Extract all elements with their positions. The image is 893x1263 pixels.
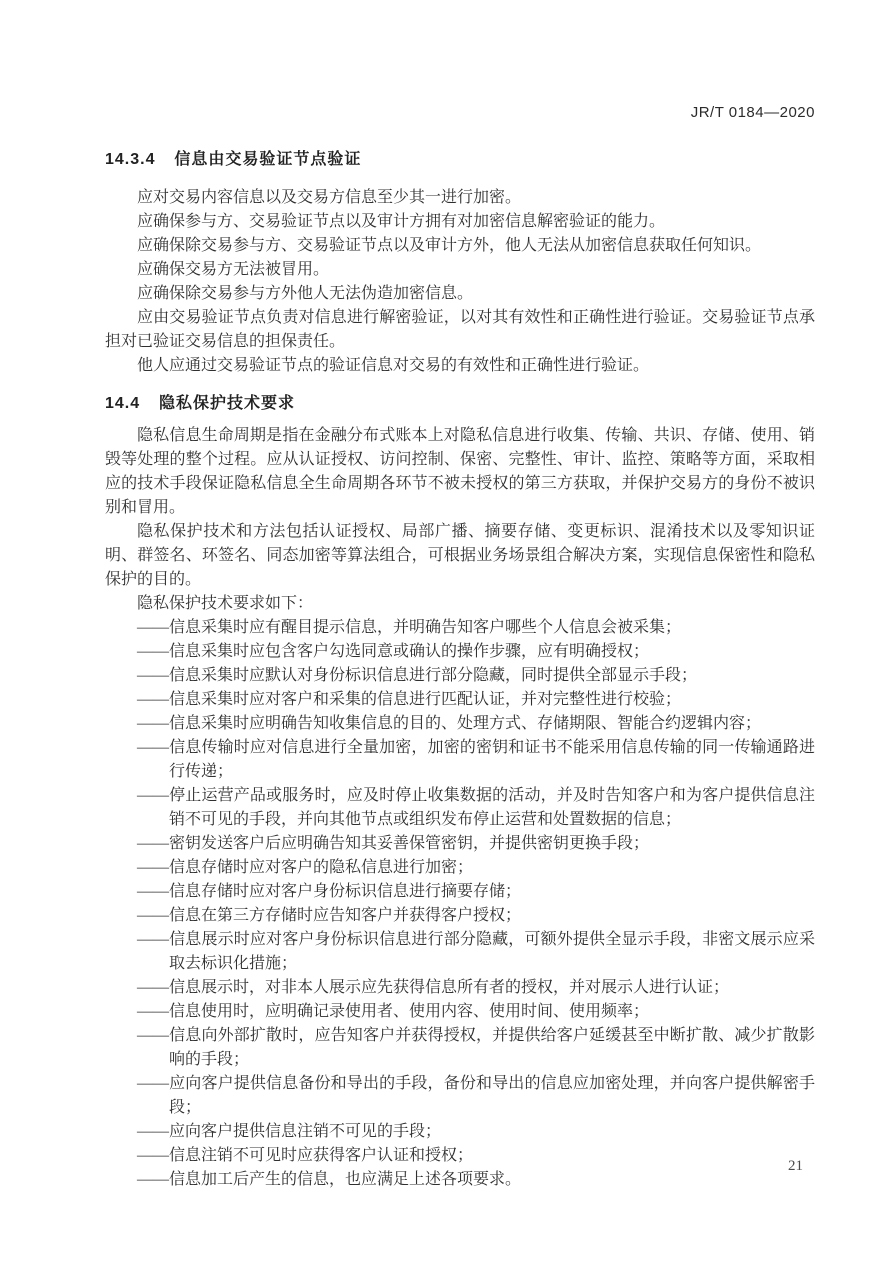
section-14-4-body: 隐私信息生命周期是指在金融分布式账本上对隐私信息进行收集、传输、共识、存储、使用… bbox=[105, 424, 815, 1192]
paragraph: 他人应通过交易验证节点的验证信息对交易的有效性和正确性进行验证。 bbox=[105, 354, 815, 378]
section-title: 信息由交易验证节点验证 bbox=[174, 151, 361, 168]
list-item: ——信息展示时应对客户身份标识信息进行部分隐藏，可额外提供全显示手段，非密文展示… bbox=[105, 928, 815, 976]
section-number: 14.4 bbox=[105, 395, 140, 412]
list-item: ——信息采集时应默认对身份标识信息进行部分隐藏，同时提供全部显示手段； bbox=[105, 664, 815, 688]
list-item: ——信息存储时应对客户的隐私信息进行加密； bbox=[105, 856, 815, 880]
list-item: ——信息传输时应对信息进行全量加密，加密的密钥和证书不能采用信息传输的同一传输通… bbox=[105, 736, 815, 784]
page-number: 21 bbox=[788, 1156, 803, 1176]
paragraph: 应确保除交易参与方、交易验证节点以及审计方外，他人无法从加密信息获取任何知识。 bbox=[105, 234, 815, 258]
doc-code-header: JR/T 0184—2020 bbox=[105, 104, 815, 122]
list-item: ——信息向外部扩散时，应告知客户并获得授权，并提供给客户延缓甚至中断扩散、减少扩… bbox=[105, 1024, 815, 1072]
section-14-3-4-body: 应对交易内容信息以及交易方信息至少其一进行加密。 应确保参与方、交易验证节点以及… bbox=[105, 186, 815, 378]
list-item: ——信息采集时应对客户和采集的信息进行匹配认证，并对完整性进行校验； bbox=[105, 688, 815, 712]
list-item: ——信息注销不可见时应获得客户认证和授权； bbox=[105, 1144, 815, 1168]
list-item: ——信息存储时应对客户身份标识信息进行摘要存储； bbox=[105, 880, 815, 904]
list-item: ——信息采集时应有醒目提示信息，并明确告知客户哪些个人信息会被采集； bbox=[105, 616, 815, 640]
paragraph: 应确保除交易参与方外他人无法伪造加密信息。 bbox=[105, 282, 815, 306]
list-intro: 隐私保护技术要求如下： bbox=[105, 592, 815, 616]
document-page: JR/T 0184—2020 14.3.4 信息由交易验证节点验证 应对交易内容… bbox=[0, 0, 893, 1263]
list-item: ——信息采集时应包含客户勾选同意或确认的操作步骤，应有明确授权； bbox=[105, 640, 815, 664]
list-item: ——信息使用时，应明确记录使用者、使用内容、使用时间、使用频率； bbox=[105, 1000, 815, 1024]
list-item: ——密钥发送客户后应明确告知其妥善保管密钥，并提供密钥更换手段； bbox=[105, 832, 815, 856]
list-item: ——应向客户提供信息备份和导出的手段，备份和导出的信息应加密处理，并向客户提供解… bbox=[105, 1072, 815, 1120]
section-heading-14-4: 14.4 隐私保护技术要求 bbox=[105, 394, 815, 414]
section-title: 隐私保护技术要求 bbox=[159, 395, 295, 412]
paragraph: 应确保交易方无法被冒用。 bbox=[105, 258, 815, 282]
list-item: ——信息在第三方存储时应告知客户并获得客户授权； bbox=[105, 904, 815, 928]
list-item: ——信息展示时，对非本人展示应先获得信息所有者的授权，并对展示人进行认证； bbox=[105, 976, 815, 1000]
list-item: ——信息采集时应明确告知收集信息的目的、处理方式、存储期限、智能合约逻辑内容； bbox=[105, 712, 815, 736]
list-item: ——应向客户提供信息注销不可见的手段； bbox=[105, 1120, 815, 1144]
paragraph: 应由交易验证节点负责对信息进行解密验证，以对其有效性和正确性进行验证。交易验证节… bbox=[105, 306, 815, 354]
paragraph: 隐私信息生命周期是指在金融分布式账本上对隐私信息进行收集、传输、共识、存储、使用… bbox=[105, 424, 815, 520]
list-item: ——停止运营产品或服务时，应及时停止收集数据的活动，并及时告知客户和为客户提供信… bbox=[105, 784, 815, 832]
section-number: 14.3.4 bbox=[105, 151, 155, 168]
paragraph: 应确保参与方、交易验证节点以及审计方拥有对加密信息解密验证的能力。 bbox=[105, 210, 815, 234]
paragraph: 隐私保护技术和方法包括认证授权、局部广播、摘要存储、变更标识、混淆技术以及零知识… bbox=[105, 520, 815, 592]
paragraph: 应对交易内容信息以及交易方信息至少其一进行加密。 bbox=[105, 186, 815, 210]
list-item: ——信息加工后产生的信息，也应满足上述各项要求。 bbox=[105, 1168, 815, 1192]
section-heading-14-3-4: 14.3.4 信息由交易验证节点验证 bbox=[105, 150, 815, 170]
